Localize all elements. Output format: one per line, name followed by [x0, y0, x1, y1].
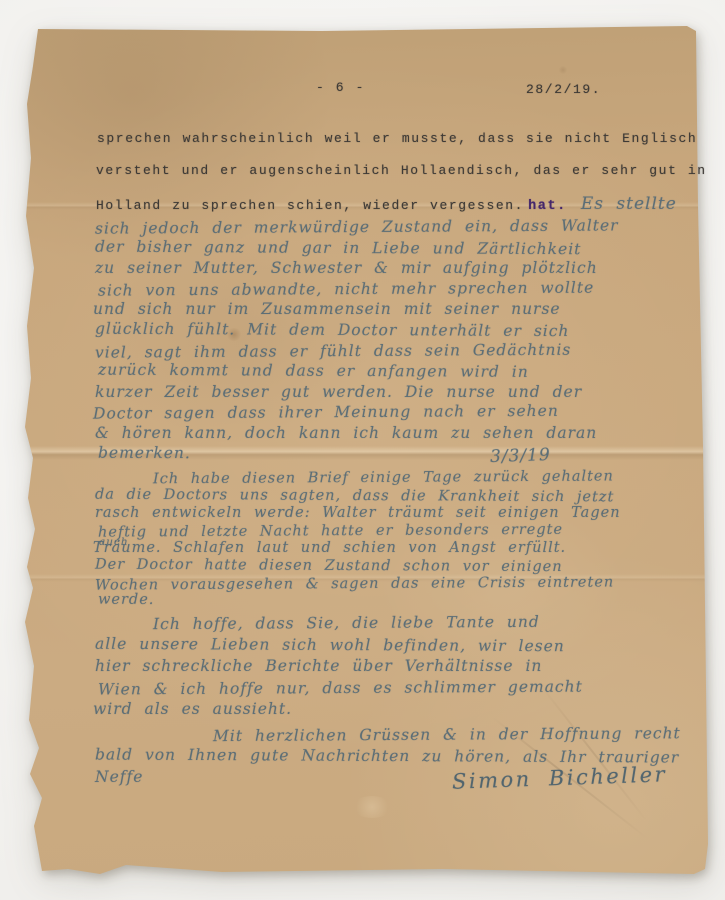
typed-line: sprechen wahrscheinlich weil er musste, …: [97, 131, 697, 146]
handwritten-line: glücklich fühlt. Mit dem Doctor unterhäl…: [95, 319, 619, 342]
handwritten-inserted-word: auch: [99, 536, 129, 548]
typed-line-text: Holland zu sprechen schien, wieder verge…: [96, 198, 524, 213]
handwritten-line: Doctor sagen dass ihrer Meinung nach er …: [93, 401, 619, 425]
handwritten-line: zu seiner Mutter, Schwester & mir aufgin…: [95, 258, 619, 279]
header-date: 28/2/19.: [526, 82, 601, 97]
handwritten-line: sich von uns abwandte, nicht mehr sprech…: [98, 277, 619, 301]
handwritten-line: sich jedoch der merkwürdige Zustand ein,…: [95, 215, 619, 239]
handwritten-line: der bisher ganz und gar in Liebe und Zär…: [95, 236, 619, 259]
handwritten-paragraph-3: Ich hoffe, dass Sie, die liebe Tante und…: [95, 613, 583, 721]
handwritten-line: alle unsere Lieben sich wohl befinden, w…: [95, 633, 583, 657]
typed-line: Holland zu sprechen schien, wieder verge…: [96, 194, 677, 214]
handwritten-line: rasch entwickeln werde: Walter träumt se…: [95, 505, 621, 523]
letter-text-layer: - 6 - 28/2/19. sprechen wahrscheinlich w…: [0, 0, 725, 900]
handwritten-line: Ich hoffe, dass Sie, die liebe Tante und: [95, 612, 583, 637]
handwritten-paragraph-1: sich jedoch der merkwürdige Zustand ein,…: [95, 217, 619, 464]
handwritten-line: werde.: [98, 592, 621, 612]
handwritten-line: zurück kommt und dass er anfangen wird i…: [98, 360, 619, 383]
handwritten-line: heftig und letzte Nacht hatte er besonde…: [98, 521, 621, 542]
typed-line: versteht und er augenscheinlich Hollaend…: [96, 163, 707, 178]
handwritten-line: wird als es aussieht.: [93, 699, 583, 721]
page-number: - 6 -: [316, 80, 365, 95]
mid-letter-date: 3/3/19: [490, 445, 551, 467]
scan-background: - 6 - 28/2/19. sprechen wahrscheinlich w…: [0, 0, 725, 900]
typed-ink-insertion: hat.: [528, 199, 567, 214]
handwritten-line: & hören kann, doch kann ich kaum zu sehe…: [95, 423, 619, 444]
handwritten-paragraph-2: Ich habe diesen Brief einige Tage zurück…: [95, 470, 621, 611]
handwritten-line: und sich nur im Zusammensein mit seiner …: [93, 299, 619, 320]
handwritten-continuation: Es stellte: [581, 194, 677, 214]
handwritten-line: Träume. Schlafen laut und schien von Ang…: [93, 540, 621, 558]
handwritten-line: Wien & ich hoffe nur, dass es schlimmer …: [98, 676, 583, 701]
handwritten-line: da die Doctors uns sagten, dass die Kran…: [95, 486, 621, 506]
handwritten-line: kurzer Zeit besser gut werden. Die nurse…: [95, 382, 619, 403]
handwritten-line: hier schreckliche Berichte über Verhältn…: [95, 656, 583, 678]
